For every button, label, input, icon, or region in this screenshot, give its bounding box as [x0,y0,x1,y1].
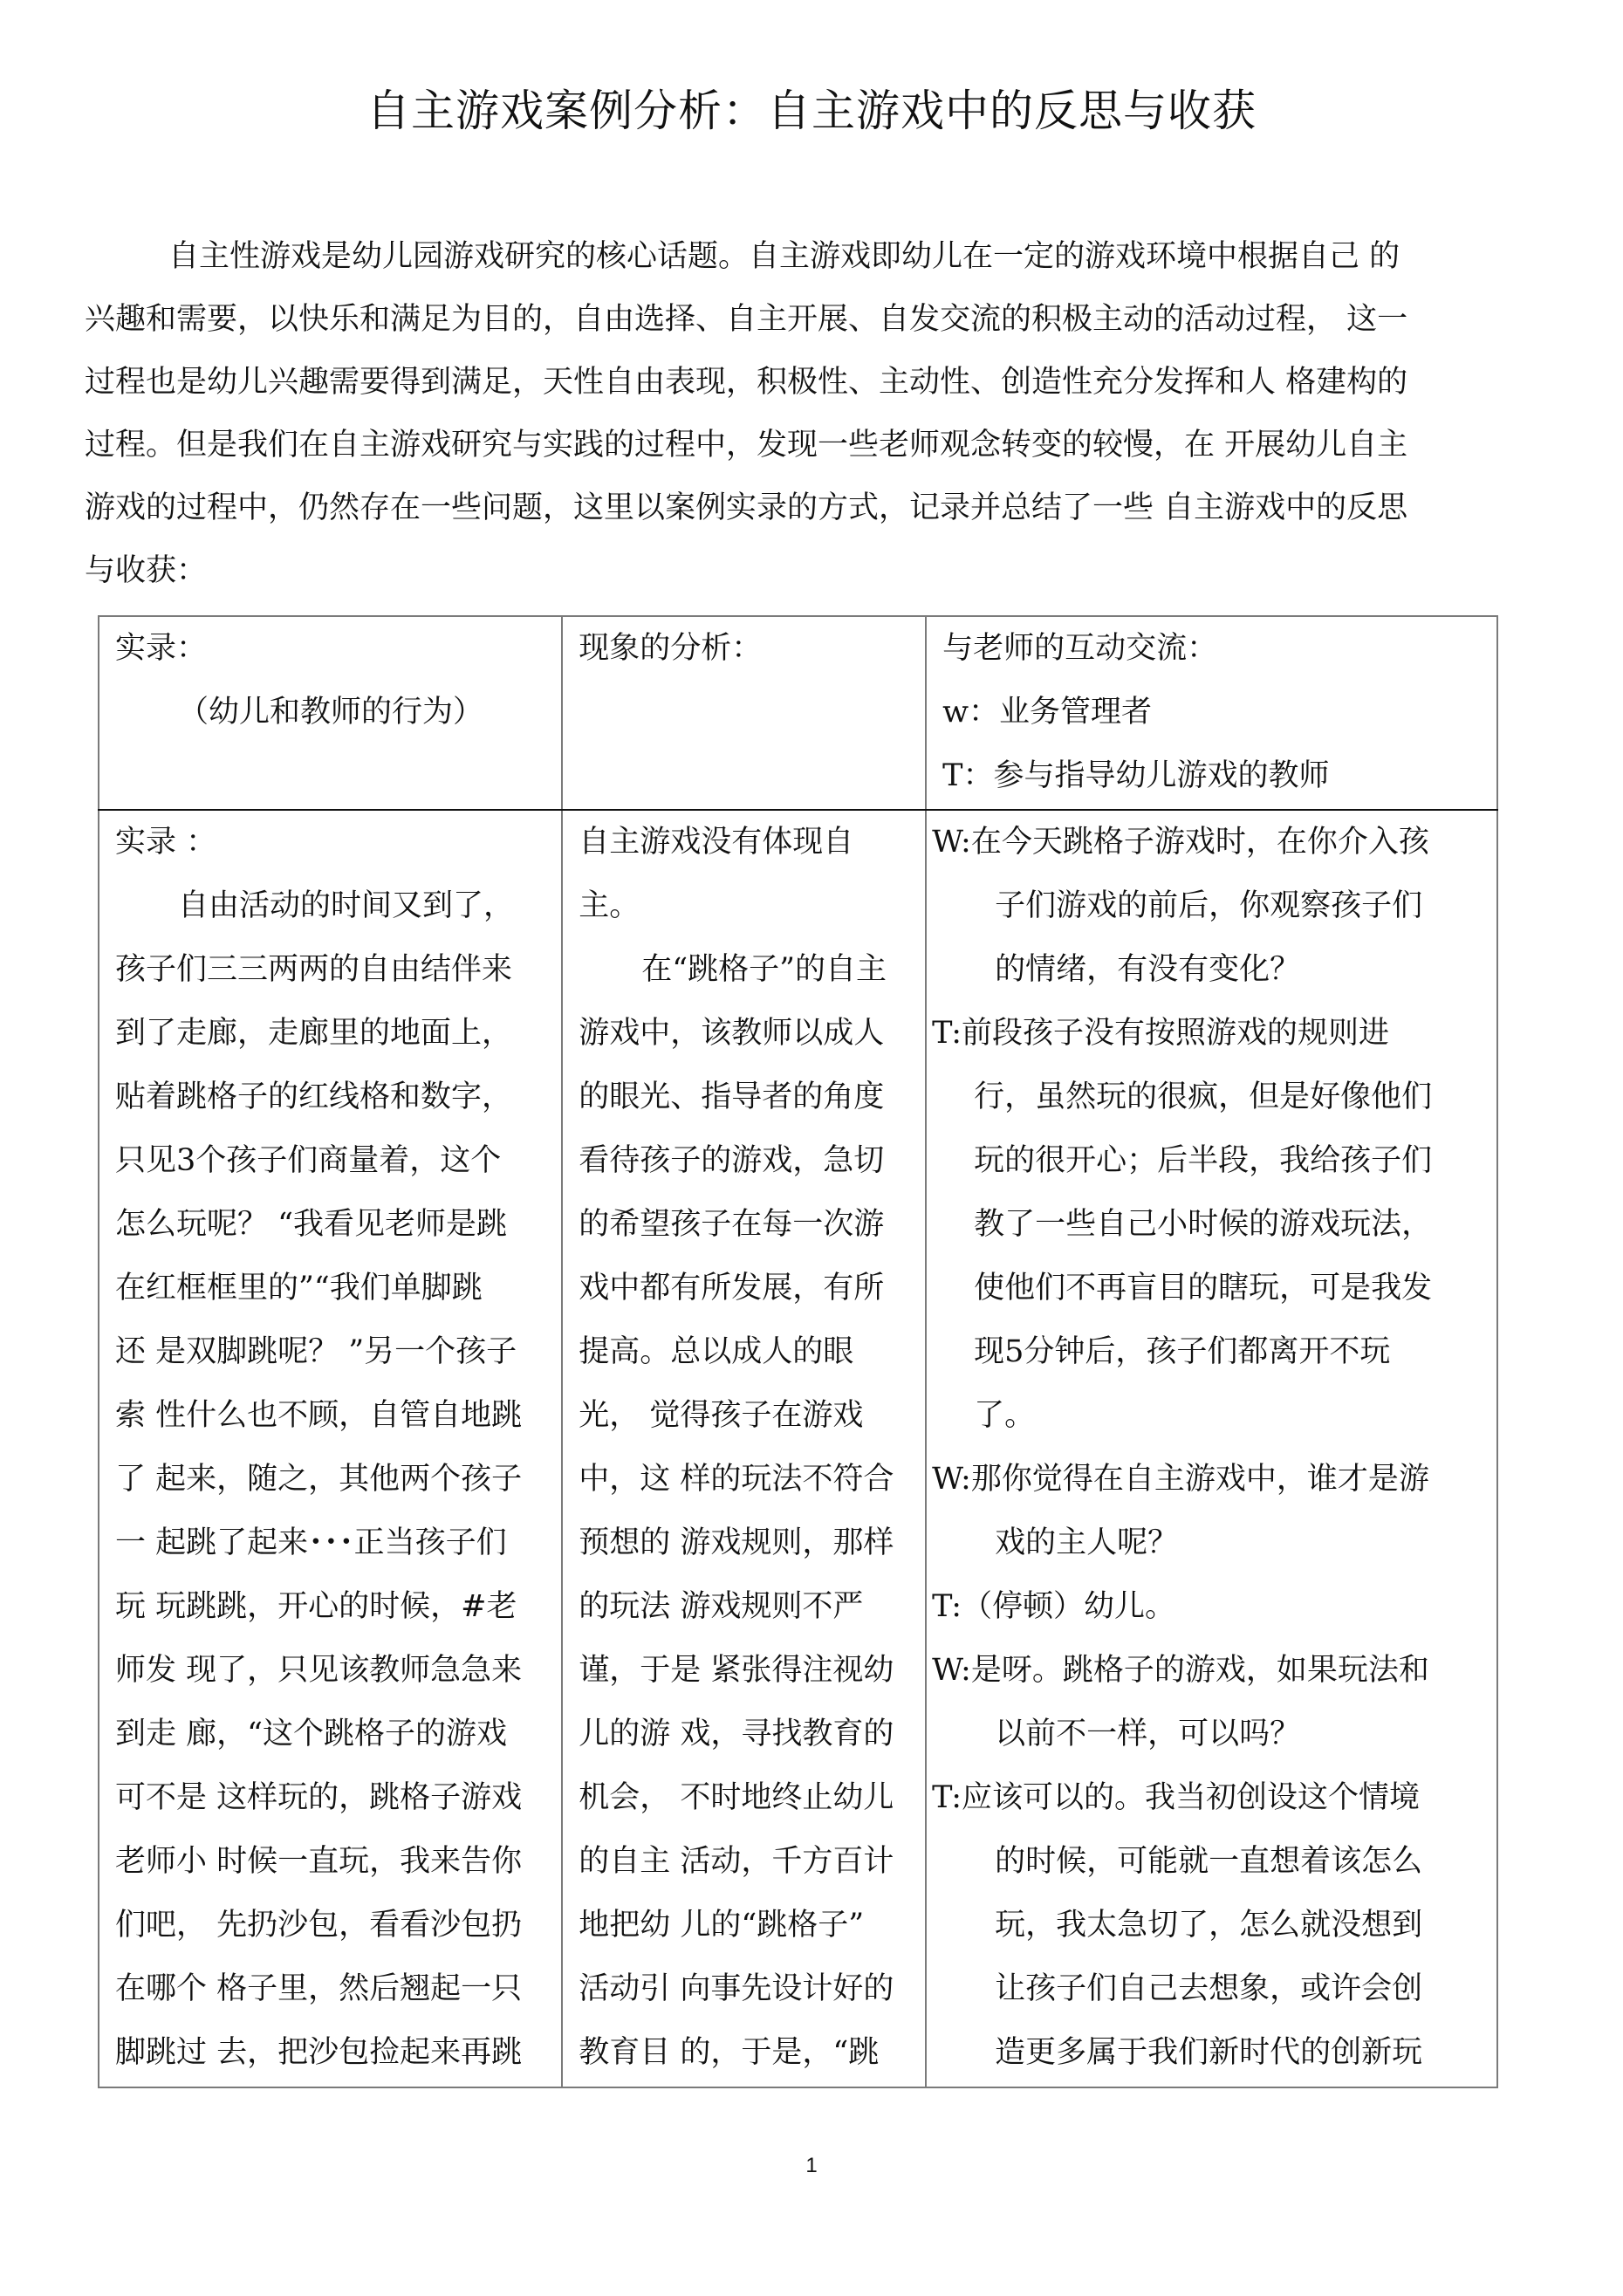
case-table: 实录： （幼儿和教师的行为） 现象的分析： 与老师的互动交流： w：业务管理者 … [98,615,1498,2088]
dialogue-line: 使他们不再盲目的瞎玩，可是我发 [932,1257,1496,1320]
intro-line: 自主性游戏是幼儿园游戏研究的核心话题。自主游戏即幼儿在一定的游戏环境中根据自己 … [85,225,1516,288]
header-record-subtitle: （幼儿和教师的行为） [115,681,561,744]
record-line: 只见3个孩子们商量着，这个 [115,1129,561,1193]
dialogue-line: 那你觉得在自主游戏中，谁才是游 [971,1462,1429,1497]
dialogue-turn: W:在今天跳格子游戏时，在你介入孩 子们游戏的前后，你观察孩子们 的情绪，有没有… [932,811,1496,1002]
analysis-line: 地把幼 儿的“跳格子” [579,1894,925,1957]
table-row: 实录 ： 自由活动的时间又到了， 孩子们三三两两的自由结伴来 到了走廊，走廊里的… [99,810,1497,2087]
record-line: 怎么玩呢？ “我看见老师是跳 [115,1193,561,1257]
dialogue-line: （停顿）幼儿。 [962,1589,1175,1624]
dialogue-line: 了。 [932,1384,1496,1448]
analysis-line: 的希望孩子在每一次游 [579,1193,925,1257]
dialogue-turn: W:那你觉得在自主游戏中，谁才是游 戏的主人呢？ [932,1448,1496,1575]
intro-paragraph: 自主性游戏是幼儿园游戏研究的核心话题。自主游戏即幼儿在一定的游戏环境中根据自己 … [85,225,1516,602]
dialogue-line: 的情绪，有没有变化？ [932,938,1496,1002]
analysis-line: 中，这 样的玩法不符合 [579,1448,925,1511]
document-title: 自主游戏案例分析：自主游戏中的反思与收获 [0,80,1623,141]
legend-t: T：参与指导幼儿游戏的教师 [942,744,1496,808]
record-cell: 实录 ： 自由活动的时间又到了， 孩子们三三两两的自由结伴来 到了走廊，走廊里的… [99,810,562,2087]
record-line: 到了走廊，走廊里的地面上， [115,1002,561,1066]
speaker-label: T: [932,1589,962,1624]
record-line: 在哪个 格子里，然后翘起一只 [115,1957,561,2021]
dialogue-line: 前段孩子没有按照游戏的规则进 [962,1016,1389,1051]
header-analysis-title: 现象的分析： [579,617,925,681]
analysis-line: 游戏中，该教师以成人 [579,1002,925,1066]
page-number: 1 [0,2154,1623,2178]
analysis-line: 预想的 游戏规则，那样 [579,1511,925,1575]
analysis-line: 光， 觉得孩子在游戏 [579,1384,925,1448]
record-line: 在红框框里的”“我们单脚跳 [115,1257,561,1320]
dialogue-turn: W:是呀。跳格子的游戏，如果玩法和 以前不一样，可以吗？ [932,1639,1496,1766]
analysis-line: 主。 [579,874,925,938]
speaker-label: W: [932,1462,971,1497]
dialogue-turn: T:前段孩子没有按照游戏的规则进 行，虽然玩的很疯，但是好像他们 玩的很开心；后… [932,1002,1496,1448]
dialogue-line: 造更多属于我们新时代的创新玩 [932,2021,1496,2085]
analysis-line: 机会， 不时地终止幼儿 [579,1766,925,1830]
record-line: 贴着跳格子的红线格和数字， [115,1066,561,1129]
dialogue-line: 在今天跳格子游戏时，在你介入孩 [971,825,1429,860]
analysis-line: 教育目 的，于是，“跳 [579,2021,925,2085]
record-line: 们吧， 先扔沙包，看看沙包扔 [115,1894,561,1957]
record-label: 实录 ： [115,811,561,874]
record-line: 可不是 这样玩的，跳格子游戏 [115,1766,561,1830]
record-line: 自由活动的时间又到了， [115,874,561,938]
record-line: 一 起跳了起来･･･正当孩子们 [115,1511,561,1575]
dialogue-line: 是呀。跳格子的游戏，如果玩法和 [971,1653,1429,1688]
header-dialogue-title: 与老师的互动交流： [942,617,1496,681]
analysis-line: 在“跳格子”的自主 [579,938,925,1002]
speaker-label: W: [932,1653,971,1688]
intro-line: 兴趣和需要，以快乐和满足为目的，自由选择、自主开展、自发交流的积极主动的活动过程… [85,288,1516,351]
dialogue-line: 应该可以的。我当初创设这个情境 [962,1780,1420,1815]
header-record-title: 实录： [115,617,561,681]
analysis-line: 活动引 向事先设计好的 [579,1957,925,2021]
record-line: 到走 廊，“这个跳格子的游戏 [115,1703,561,1766]
intro-line: 过程。但是我们在自主游戏研究与实践的过程中，发现一些老师观念转变的较慢，在 开展… [85,414,1516,476]
record-line: 玩 玩跳跳，开心的时候，#老 [115,1575,561,1639]
analysis-line: 戏中都有所发展，有所 [579,1257,925,1320]
record-line: 脚跳过 去，把沙包捡起来再跳 [115,2021,561,2085]
dialogue-line: 玩的很开心；后半段，我给孩子们 [932,1129,1496,1193]
record-line: 还 是双脚跳呢？ ”另一个孩子 [115,1320,561,1384]
dialogue-line: 玩，我太急切了，怎么就没想到 [932,1894,1496,1957]
dialogue-line: 教了一些自己小时候的游戏玩法， [932,1193,1496,1257]
dialogue-line: 以前不一样，可以吗？ [932,1703,1496,1766]
speaker-label: T: [932,1780,962,1815]
dialogue-line: 让孩子们自己去想象，或许会创 [932,1957,1496,2021]
legend-w: w：业务管理者 [942,681,1496,744]
intro-line: 过程也是幼儿兴趣需要得到满足，天性自由表现，积极性、主动性、创造性充分发挥和人 … [85,351,1516,414]
record-line: 了 起来，随之，其他两个孩子 [115,1448,561,1511]
analysis-line: 谨，于是 紧张得注视幼 [579,1639,925,1703]
table-header-row: 实录： （幼儿和教师的行为） 现象的分析： 与老师的互动交流： w：业务管理者 … [99,616,1497,810]
header-dialogue: 与老师的互动交流： w：业务管理者 T：参与指导幼儿游戏的教师 [926,616,1497,810]
speaker-label: T: [932,1016,962,1051]
record-line: 老师小 时候一直玩，我来告你 [115,1830,561,1894]
dialogue-cell: W:在今天跳格子游戏时，在你介入孩 子们游戏的前后，你观察孩子们 的情绪，有没有… [926,810,1497,2087]
analysis-line: 提高。总以成人的眼 [579,1320,925,1384]
dialogue-turn: T:应该可以的。我当初创设这个情境 的时候，可能就一直想着该怎么 玩，我太急切了… [932,1766,1496,2085]
analysis-line: 的眼光、指导者的角度 [579,1066,925,1129]
analysis-line: 的玩法 游戏规则不严 [579,1575,925,1639]
analysis-line: 的自主 活动，千方百计 [579,1830,925,1894]
intro-line: 游戏的过程中，仍然存在一些问题，这里以案例实录的方式，记录并总结了一些 自主游戏… [85,476,1516,539]
dialogue-line: 现5分钟后，孩子们都离开不玩 [932,1320,1496,1384]
analysis-cell: 自主游戏没有体现自 主。 在“跳格子”的自主 游戏中，该教师以成人 的眼光、指导… [562,810,926,2087]
speaker-label: W: [932,825,971,860]
dialogue-line: 的时候，可能就一直想着该怎么 [932,1830,1496,1894]
record-line: 索 性什么也不顾，自管自地跳 [115,1384,561,1448]
dialogue-line: 戏的主人呢？ [932,1511,1496,1575]
dialogue-line: 子们游戏的前后，你观察孩子们 [932,874,1496,938]
record-line: 师发 现了，只见该教师急急来 [115,1639,561,1703]
header-record: 实录： （幼儿和教师的行为） [99,616,562,810]
analysis-line: 自主游戏没有体现自 [579,811,925,874]
intro-line: 与收获： [85,539,1516,602]
analysis-line: 看待孩子的游戏，急切 [579,1129,925,1193]
analysis-line: 儿的游 戏，寻找教育的 [579,1703,925,1766]
header-analysis: 现象的分析： [562,616,926,810]
dialogue-line: 行，虽然玩的很疯，但是好像他们 [932,1066,1496,1129]
record-line: 孩子们三三两两的自由结伴来 [115,938,561,1002]
dialogue-turn: T:（停顿）幼儿。 [932,1575,1496,1639]
